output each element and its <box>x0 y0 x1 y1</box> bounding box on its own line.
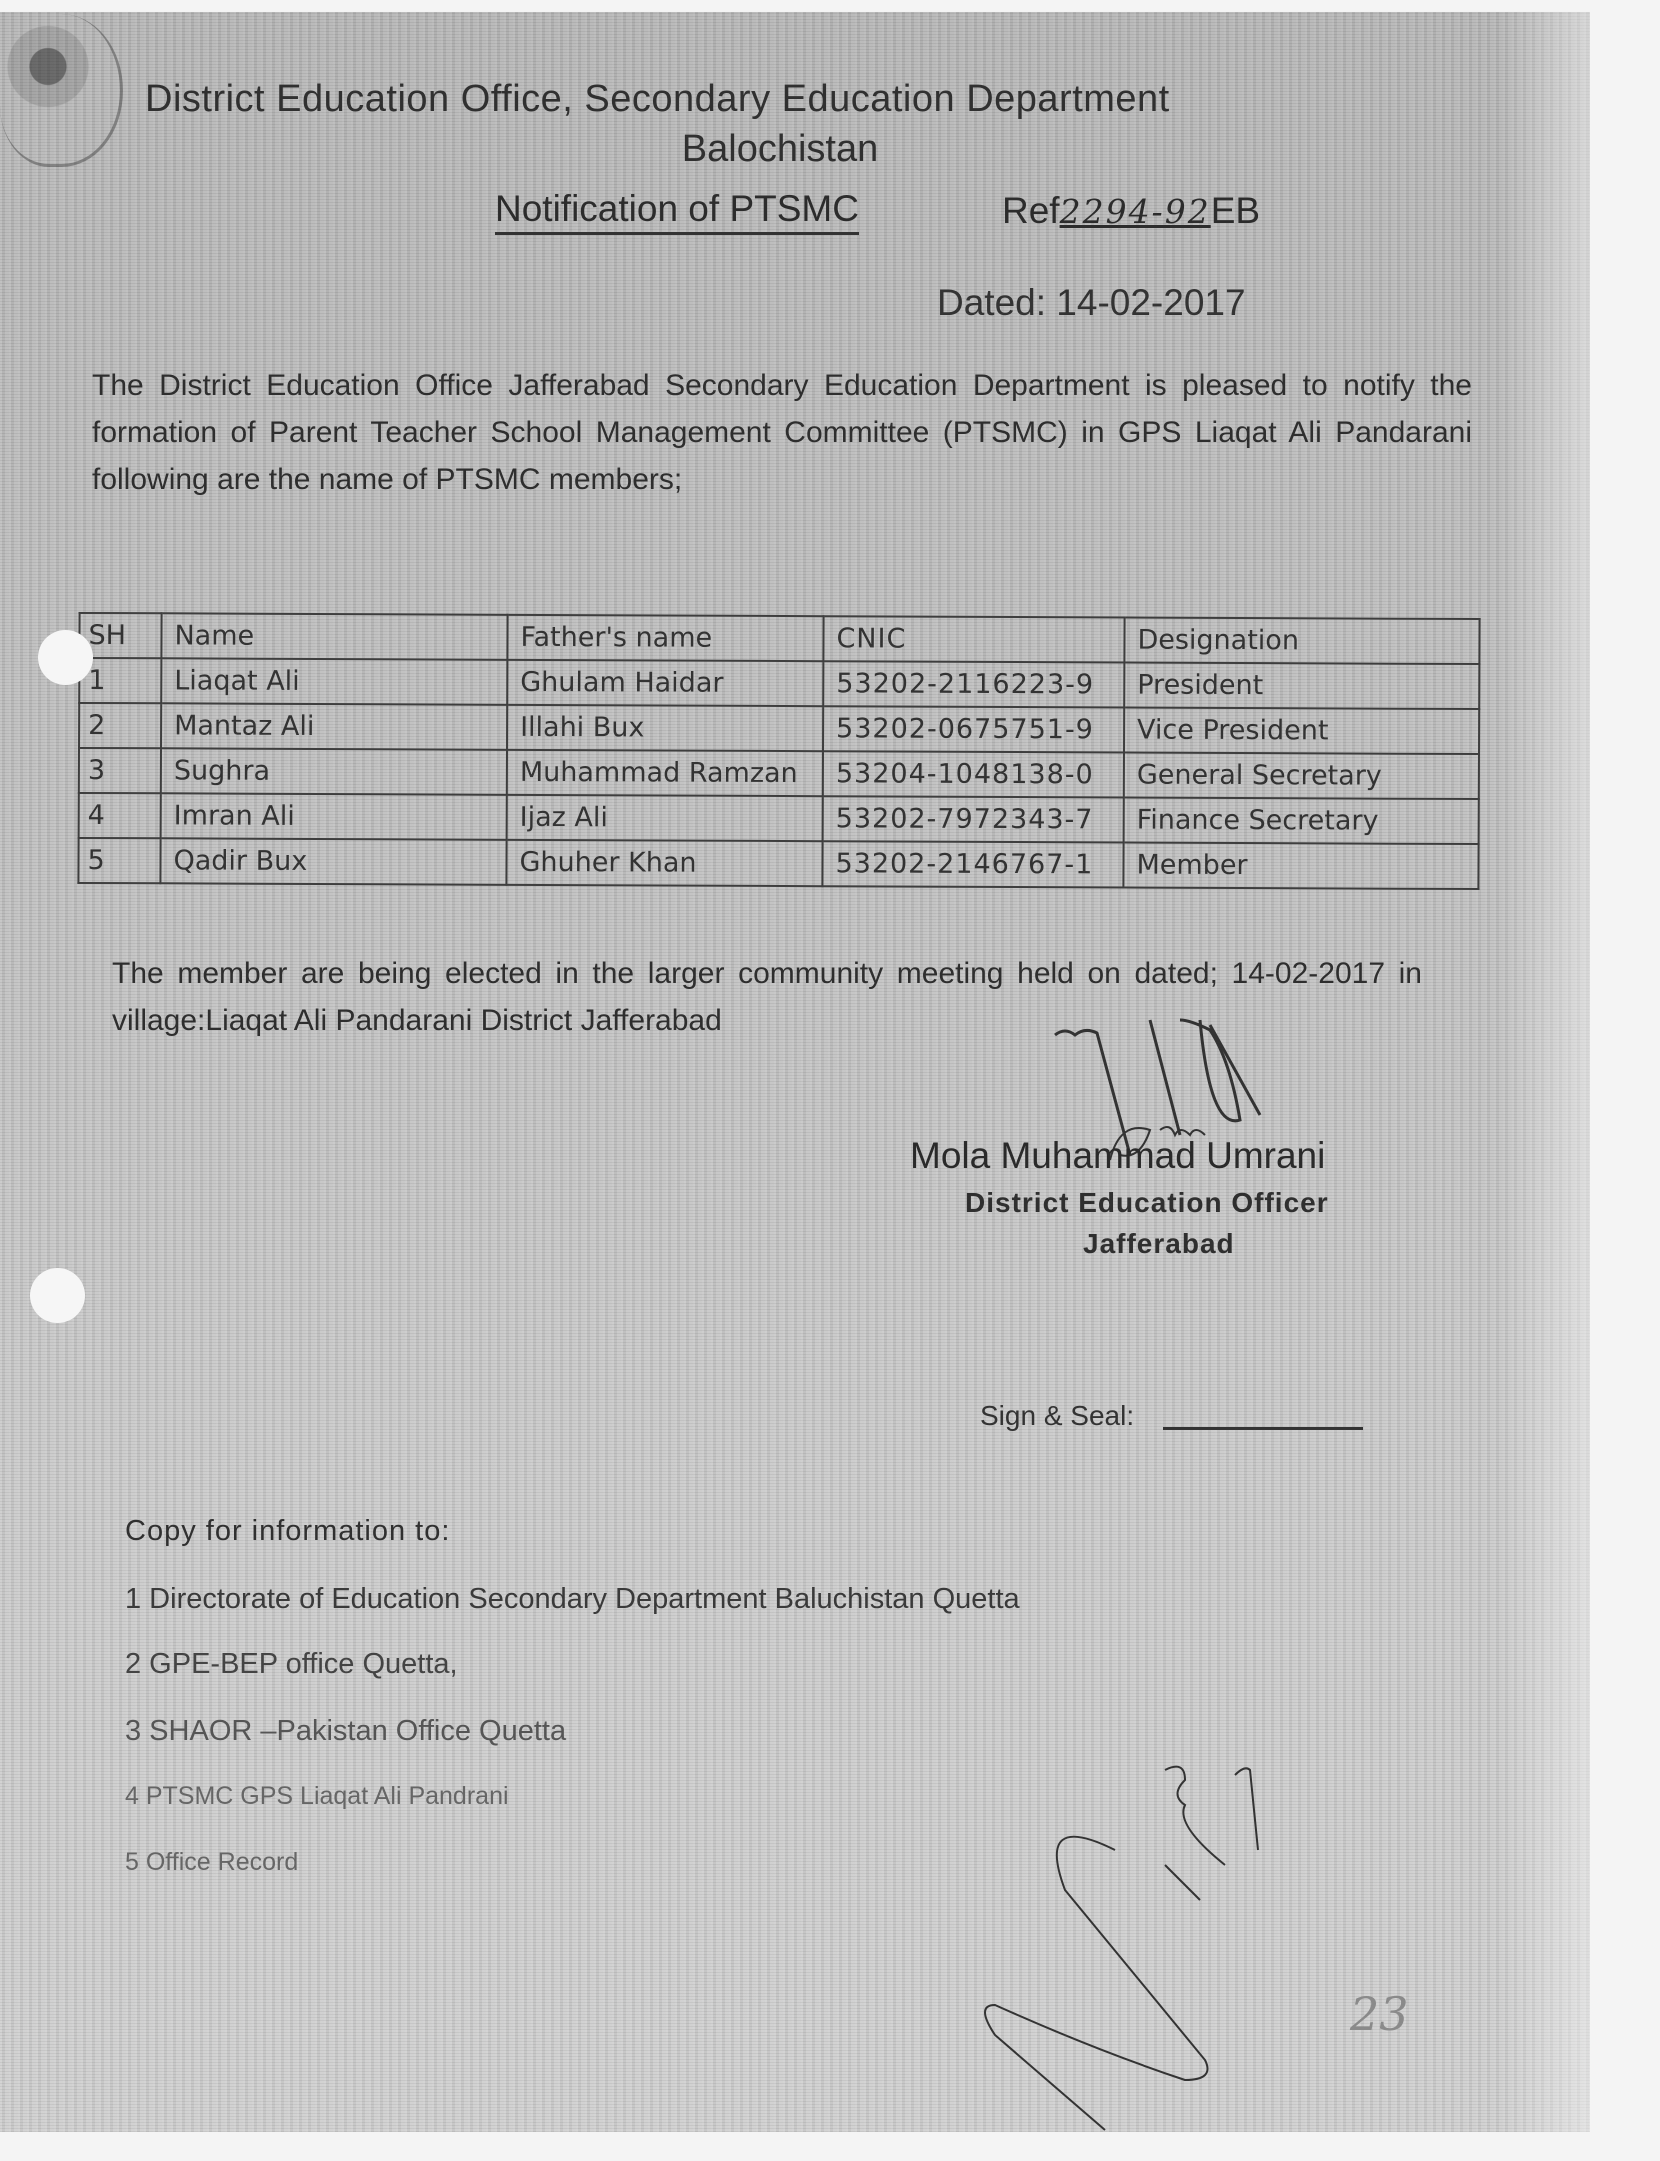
column-header-designation: Designation <box>1124 618 1479 665</box>
designation-cell: Member <box>1123 843 1478 890</box>
table-header-row: SHNameFather's nameCNICDesignation <box>79 613 1479 664</box>
signatory-name: Mola Muhammad Umrani <box>910 1135 1325 1177</box>
cnic-cell: 53202-2146767-1 <box>822 841 1123 887</box>
sign-seal-label: Sign & Seal: <box>980 1400 1134 1432</box>
signatory-title: District Education Officer <box>965 1187 1329 1219</box>
name-cell: Mantaz Ali <box>161 703 507 750</box>
designation-cell: General Secretary <box>1124 753 1479 800</box>
name-cell: Sughra <box>161 748 507 795</box>
serial-cell: 4 <box>79 793 161 838</box>
serial-cell: 5 <box>78 838 160 883</box>
signatory-location: Jafferabad <box>1083 1228 1235 1260</box>
svg-text:23: 23 <box>1349 1987 1409 2041</box>
table-row: 1Liaqat AliGhulam Haidar53202-2116223-9P… <box>79 658 1479 709</box>
ref-suffix: EB <box>1211 190 1260 231</box>
father-name-cell: Ghulam Haidar <box>507 660 823 706</box>
copy-to-item: 2 GPE-BEP office Quetta, <box>125 1648 458 1681</box>
table-row: 2Mantaz AliIllahi Bux53202-0675751-9Vice… <box>79 703 1479 754</box>
name-cell: Qadir Bux <box>160 838 506 885</box>
name-cell: Liaqat Ali <box>161 658 507 705</box>
punch-hole <box>30 1268 85 1323</box>
table-row: 4Imran AliIjaz Ali53202-7972343-7Finance… <box>79 793 1479 844</box>
cnic-cell: 53202-7972343-7 <box>823 796 1124 842</box>
province-heading: Balochistan <box>0 128 1560 171</box>
column-header-cnic: CNIC <box>823 616 1124 662</box>
date-line: Dated: 14-02-2017 <box>937 282 1246 324</box>
notification-title: Notification of PTSMC <box>495 188 859 235</box>
column-header-name: Name <box>161 613 507 660</box>
table-row: 5Qadir BuxGhuher Khan53202-2146767-1Memb… <box>78 838 1478 889</box>
serial-cell: 2 <box>79 703 161 748</box>
designation-cell: Finance Secretary <box>1124 798 1479 845</box>
copy-to-item: 1 Directorate of Education Secondary Dep… <box>125 1583 1020 1616</box>
father-name-cell: Illahi Bux <box>507 705 823 751</box>
office-heading: District Education Office, Secondary Edu… <box>145 78 1170 121</box>
father-name-cell: Muhammad Ramzan <box>507 750 823 796</box>
father-name-cell: Ijaz Ali <box>507 795 823 841</box>
ref-prefix: Ref <box>1002 190 1060 231</box>
sign-seal-line <box>1163 1427 1363 1430</box>
serial-cell: 3 <box>79 748 161 793</box>
copy-to-item: 5 Office Record <box>125 1848 298 1877</box>
copy-to-heading: Copy for information to: <box>125 1515 450 1548</box>
copy-to-item: 3 SHAOR –Pakistan Office Quetta <box>125 1715 566 1748</box>
father-name-cell: Ghuher Khan <box>506 840 822 886</box>
members-table: SHNameFather's nameCNICDesignation1Liaqa… <box>77 612 1480 890</box>
cnic-cell: 53202-2116223-9 <box>823 661 1124 707</box>
cnic-cell: 53204-1048138-0 <box>823 751 1124 797</box>
name-cell: Imran Ali <box>161 793 507 840</box>
copy-to-item: 4 PTSMC GPS Liaqat Ali Pandrani <box>125 1782 509 1811</box>
cnic-cell: 53202-0675751-9 <box>823 706 1124 752</box>
ref-handwritten-number: 2294-92 <box>1060 192 1211 231</box>
designation-cell: President <box>1124 663 1479 710</box>
designation-cell: Vice President <box>1124 708 1479 755</box>
punch-hole <box>38 630 93 685</box>
column-header-father-name: Father's name <box>507 615 823 661</box>
intro-paragraph: The District Education Office Jafferabad… <box>92 362 1472 503</box>
handwritten-initials-icon: 23 <box>960 1730 1460 2150</box>
reference-number: Ref2294-92EB <box>1002 190 1260 232</box>
table-row: 3SughraMuhammad Ramzan53204-1048138-0Gen… <box>79 748 1479 799</box>
